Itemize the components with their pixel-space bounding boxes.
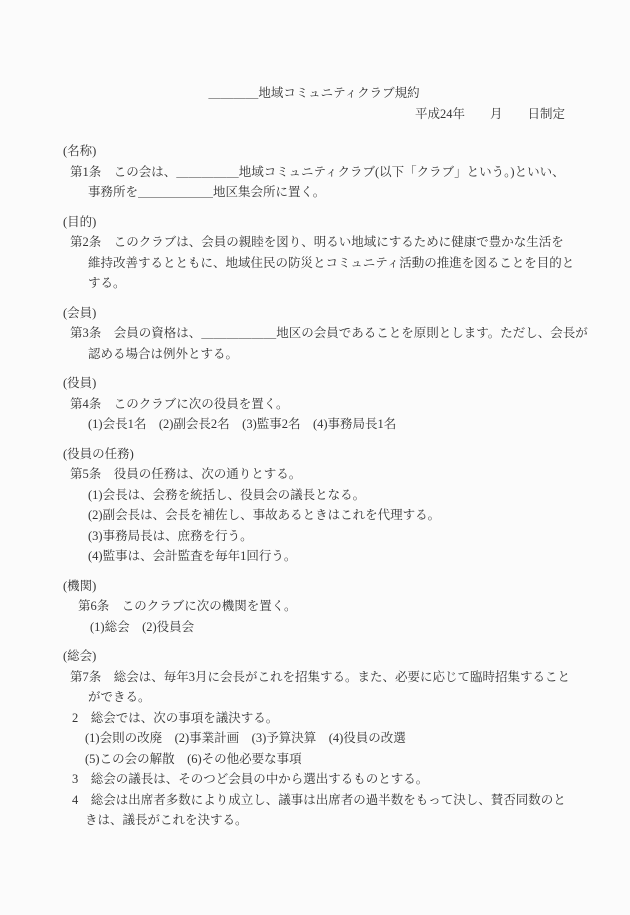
section-heading: (総会) — [63, 646, 565, 667]
document-body: (名称) 第1条 この会は、＿＿＿＿＿地域コミュニティクラブ(以下「クラブ」とい… — [63, 141, 565, 831]
article-5-item: (1)会長は、会務を統括し、役員会の議長となる。 — [63, 485, 565, 506]
section-officer-duties: (役員の任務) 第5条 役員の任務は、次の通りとする。 (1)会長は、会務を統括… — [63, 444, 565, 567]
article-3-line: 第3条 会員の資格は、＿＿＿＿＿＿地区の会員であることを原則とします。ただし、会… — [63, 323, 565, 344]
article-6-item-list: (1)総会 (2)役員会 — [63, 617, 565, 638]
section-members: (会員) 第3条 会員の資格は、＿＿＿＿＿＿地区の会員であることを原則とします。… — [63, 303, 565, 365]
article-7-line: 第7条 総会は、毎年3月に会長がこれを招集する。また、必要に応じて臨時招集するこ… — [63, 667, 565, 688]
section-heading: (目的) — [63, 212, 565, 233]
article-7-paragraph-3: 3 総会の議長は、そのつど会員の中から選出するものとする。 — [63, 769, 565, 790]
article-1-line: 第1条 この会は、＿＿＿＿＿地域コミュニティクラブ(以下「クラブ」という。)とい… — [63, 162, 565, 183]
article-5-item: (2)副会長は、会長を補佐し、事故あるときはこれを代理する。 — [63, 505, 565, 526]
article-5-item: (4)監事は、会計監査を毎年1回行う。 — [63, 546, 565, 567]
section-name: (名称) 第1条 この会は、＿＿＿＿＿地域コミュニティクラブ(以下「クラブ」とい… — [63, 141, 565, 203]
section-heading: (機関) — [63, 576, 565, 597]
article-7-paragraph-2: 2 総会では、次の事項を議決する。 — [63, 708, 565, 729]
article-5-item: (3)事務局長は、庶務を行う。 — [63, 526, 565, 547]
article-1-continuation: 事務所を＿＿＿＿＿＿地区集会所に置く。 — [63, 182, 565, 203]
section-heading: (会員) — [63, 303, 565, 324]
document-page: ＿＿＿＿地域コミュニティクラブ規約 平成24年 月 日制定 (名称) 第1条 こ… — [0, 0, 630, 915]
article-2-continuation: 維持改善するとともに、地域住民の防災とコミュニティ活動の推進を図ることを目的と — [63, 253, 565, 274]
section-general-meeting: (総会) 第7条 総会は、毎年3月に会長がこれを招集する。また、必要に応じて臨時… — [63, 646, 565, 831]
article-2-continuation: する。 — [63, 273, 565, 294]
article-2-line: 第2条 このクラブは、会員の親睦を図り、明るい地域にするために健康で豊かな生活を — [63, 232, 565, 253]
article-4-line: 第4条 このクラブに次の役員を置く。 — [63, 394, 565, 415]
section-organs: (機関) 第6条 このクラブに次の機関を置く。 (1)総会 (2)役員会 — [63, 576, 565, 638]
article-7-item-list: (5)この会の解散 (6)その他必要な事項 — [63, 749, 565, 770]
article-6-line: 第6条 このクラブに次の機関を置く。 — [63, 596, 565, 617]
article-7-continuation: ができる。 — [63, 687, 565, 708]
section-heading: (役員の任務) — [63, 444, 565, 465]
article-7-paragraph-4-continuation: きは、議長がこれを決する。 — [63, 810, 565, 831]
section-heading: (名称) — [63, 141, 565, 162]
section-heading: (役員) — [63, 373, 565, 394]
section-officers: (役員) 第4条 このクラブに次の役員を置く。 (1)会長1名 (2)副会長2名… — [63, 373, 565, 435]
enactment-date-line: 平成24年 月 日制定 — [63, 104, 565, 125]
section-purpose: (目的) 第2条 このクラブは、会員の親睦を図り、明るい地域にするために健康で豊… — [63, 212, 565, 294]
article-4-item-list: (1)会長1名 (2)副会長2名 (3)監事2名 (4)事務局長1名 — [63, 414, 565, 435]
document-title: ＿＿＿＿地域コミュニティクラブ規約 — [63, 83, 565, 104]
article-5-line: 第5条 役員の任務は、次の通りとする。 — [63, 464, 565, 485]
article-3-continuation: 認める場合は例外とする。 — [63, 344, 565, 365]
article-7-item-list: (1)会則の改廃 (2)事業計画 (3)予算決算 (4)役員の改選 — [63, 728, 565, 749]
article-7-paragraph-4: 4 総会は出席者多数により成立し、議事は出席者の過半数をもって決し、賛否同数のと — [63, 790, 565, 811]
